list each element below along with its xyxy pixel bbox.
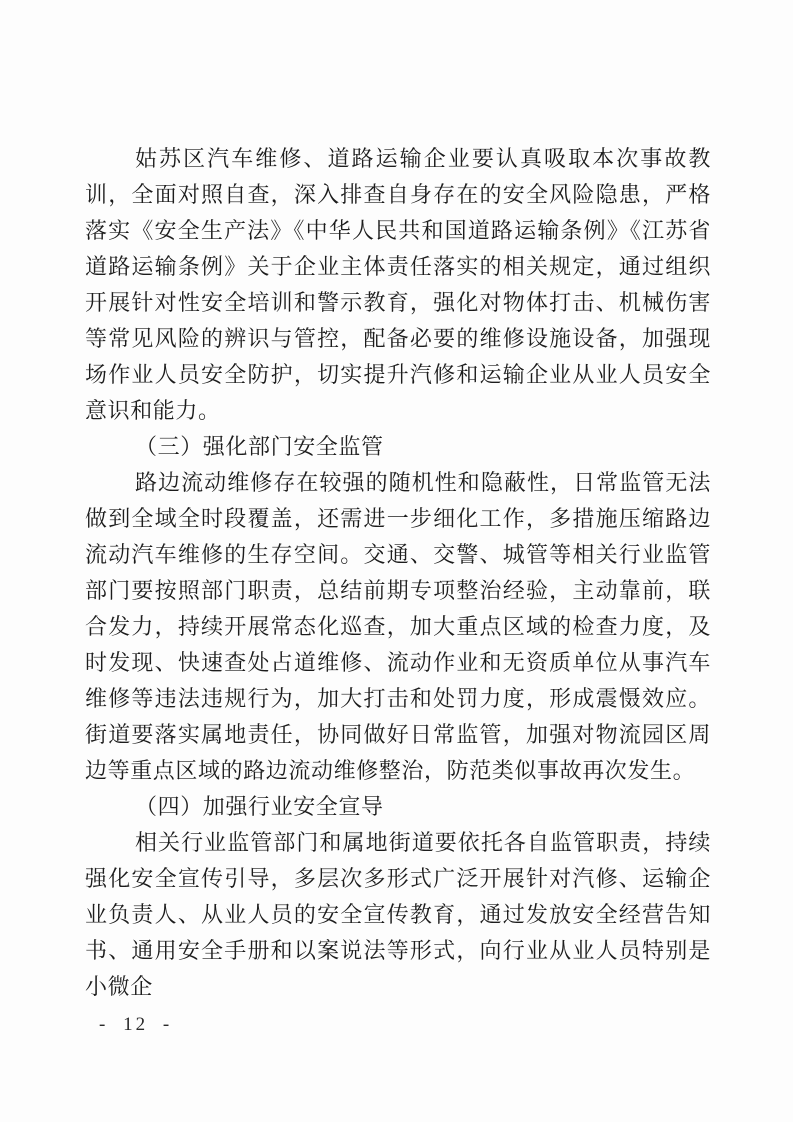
document-page: 姑苏区汽车维修、道路运输企业要认真吸取本次事故教训，全面对照自查，深入排查自身存… [0, 0, 793, 1122]
page-number: - 12 - [99, 1014, 172, 1036]
document-body: 姑苏区汽车维修、道路运输企业要认真吸取本次事故教训，全面对照自查，深入排查自身存… [85, 141, 711, 1005]
body-paragraph: 路边流动维修存在较强的随机性和隐蔽性，日常监管无法做到全域全时段覆盖，还需进一步… [85, 465, 711, 789]
body-paragraph: 姑苏区汽车维修、道路运输企业要认真吸取本次事故教训，全面对照自查，深入排查自身存… [85, 141, 711, 429]
section-heading-4: （四）加强行业安全宣导 [85, 789, 711, 825]
section-heading-3: （三）强化部门安全监管 [85, 429, 711, 465]
body-paragraph: 相关行业监管部门和属地街道要依托各自监管职责，持续强化安全宣传引导，多层次多形式… [85, 825, 711, 1005]
